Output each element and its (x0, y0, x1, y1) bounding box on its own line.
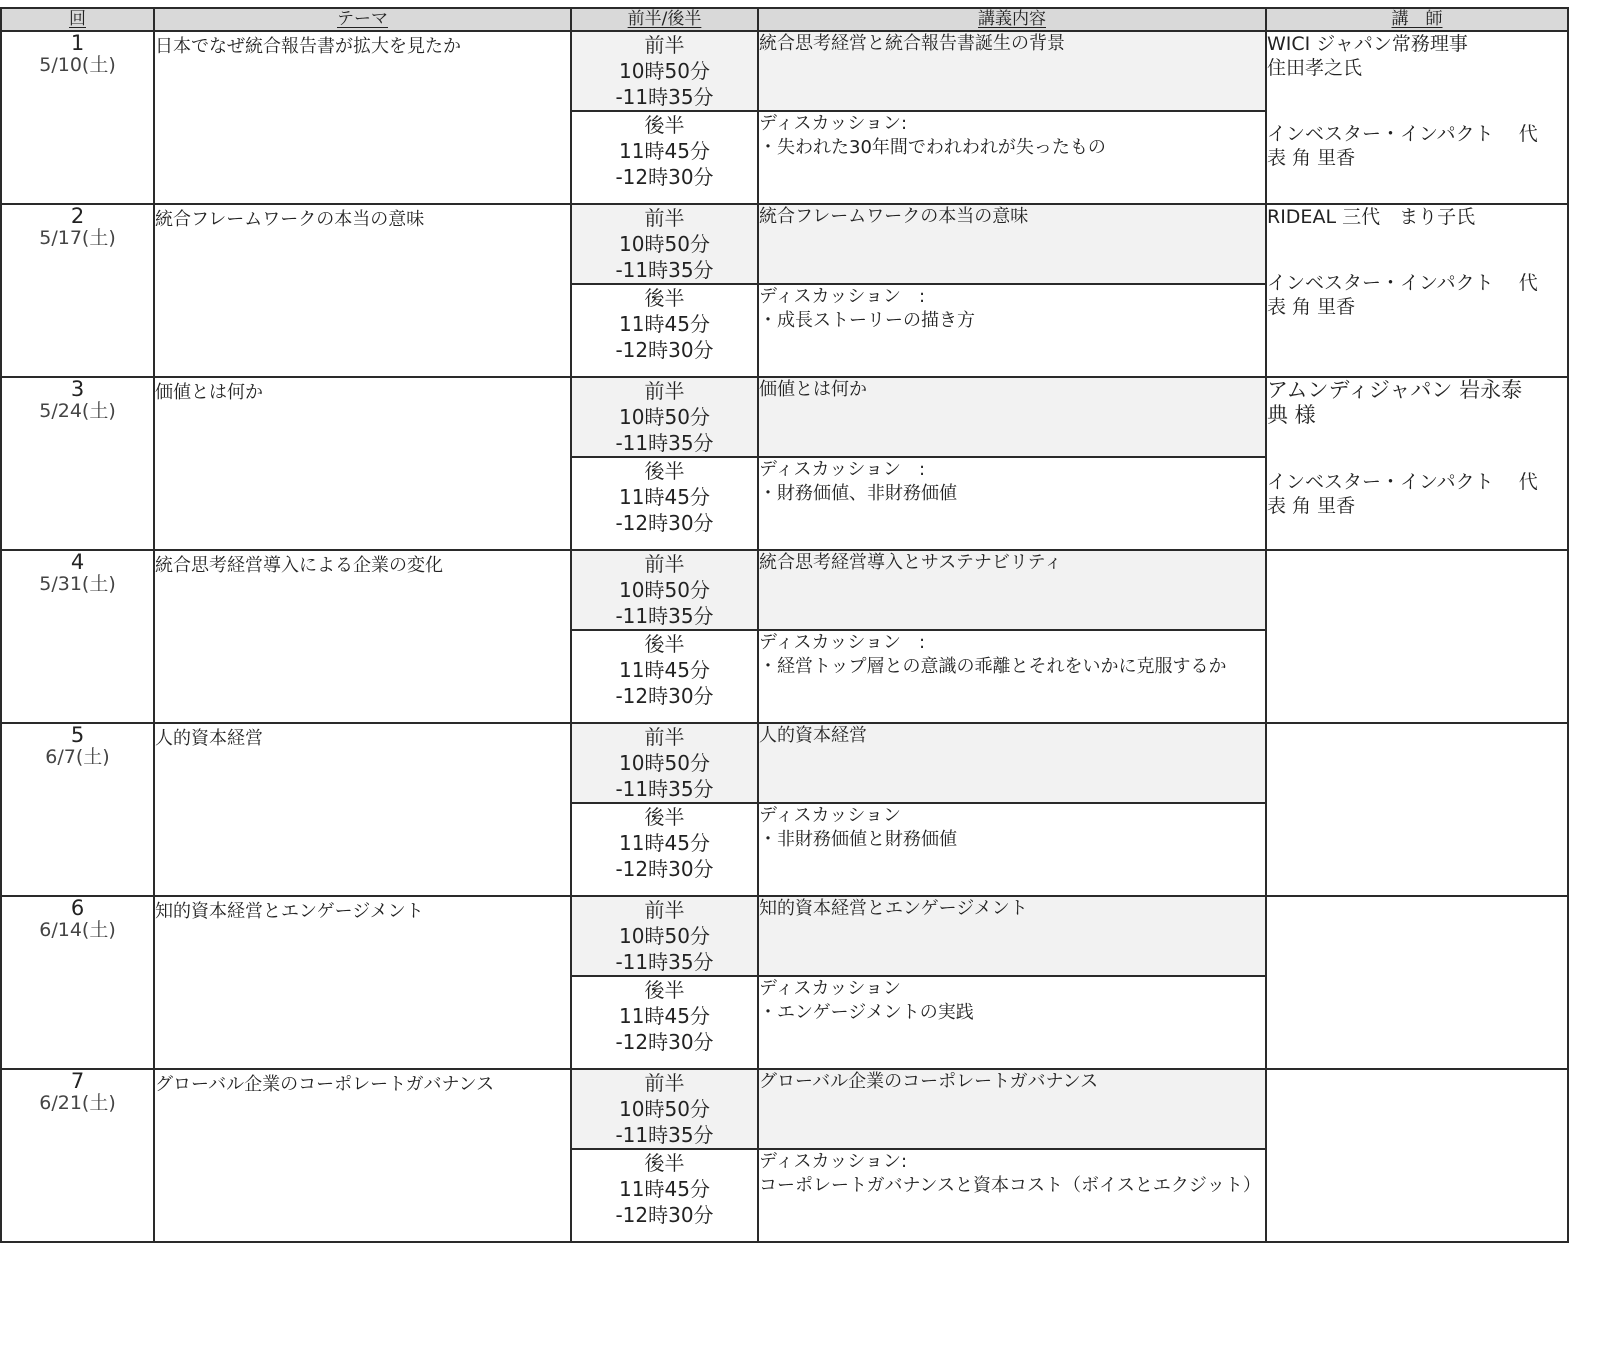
content-line: ・財務価値、非財務価値 (759, 482, 1265, 506)
end-time: -11時35分 (572, 949, 757, 975)
content-line: ・非財務価値と財務価値 (759, 828, 1265, 852)
half-label: 前半 (572, 551, 757, 577)
second-half-time: 後半11時45分-12時30分 (571, 284, 758, 377)
half-label: 前半 (572, 205, 757, 231)
second-half-content: ディスカッション :・成長ストーリーの描き方 (758, 284, 1266, 377)
start-time: 11時45分 (572, 484, 757, 510)
session-number: 2 (2, 205, 153, 227)
lecturer-gap (1267, 229, 1567, 271)
session-date: 5/31(土) (2, 573, 153, 595)
first-half-content: 統合フレームワークの本当の意味 (758, 204, 1266, 284)
first-half-content: 人的資本経営 (758, 723, 1266, 803)
header-half: 前半/後半 (571, 8, 758, 31)
session-row-first-half: 15/10(土)日本でなぜ統合報告書が拡大を見たか前半10時50分-11時35分… (1, 31, 1568, 111)
start-time: 10時50分 (572, 750, 757, 776)
end-time: -12時30分 (572, 510, 757, 536)
session-row-first-half: 45/31(土)統合思考経営導入による企業の変化前半10時50分-11時35分統… (1, 550, 1568, 630)
session-number: 4 (2, 551, 153, 573)
second-half-time: 後半11時45分-12時30分 (571, 803, 758, 896)
session-row-first-half: 56/7(土)人的資本経営前半10時50分-11時35分人的資本経営 (1, 723, 1568, 803)
half-label: 前半 (572, 1070, 757, 1096)
content-line: 人的資本経営 (759, 724, 1265, 748)
first-half-time: 前半10時50分-11時35分 (571, 550, 758, 630)
lecturer-cell (1266, 896, 1568, 1069)
start-time: 11時45分 (572, 830, 757, 856)
start-time: 11時45分 (572, 1003, 757, 1029)
second-half-content: ディスカッション・非財務価値と財務価値 (758, 803, 1266, 896)
content-line: ・成長ストーリーの描き方 (759, 309, 1265, 333)
end-time: -12時30分 (572, 1202, 757, 1228)
second-half-time: 後半11時45分-12時30分 (571, 976, 758, 1069)
session-date: 6/7(土) (2, 746, 153, 768)
half-label: 後半 (572, 631, 757, 657)
end-time: -12時30分 (572, 164, 757, 190)
session-theme: グローバル企業のコーポレートガバナンス (154, 1069, 571, 1242)
first-half-time: 前半10時50分-11時35分 (571, 896, 758, 976)
lecturer-cell: アムンディジャパン 岩永泰 典 様インベスター・インパクト 代 表 角 里香 (1266, 377, 1568, 550)
content-line: 統合思考経営導入とサステナビリティ (759, 551, 1265, 575)
half-label: 前半 (572, 897, 757, 923)
start-time: 10時50分 (572, 404, 757, 430)
lecturer-cell (1266, 550, 1568, 723)
half-label: 前半 (572, 378, 757, 404)
start-time: 10時50分 (572, 58, 757, 84)
session-number-cell: 25/17(土) (1, 204, 154, 377)
session-number: 3 (2, 378, 153, 400)
schedule-table: 回 テーマ 前半/後半 講義内容 講 師 15/10(土)日本でなぜ統合報告書が… (0, 7, 1569, 1243)
content-line: ディスカッション : (759, 631, 1265, 655)
end-time: -11時35分 (572, 430, 757, 456)
first-half-content: グローバル企業のコーポレートガバナンス (758, 1069, 1266, 1149)
half-label: 後半 (572, 977, 757, 1003)
session-date: 5/10(土) (2, 54, 153, 76)
end-time: -12時30分 (572, 337, 757, 363)
second-half-content: ディスカッション:・失われた30年間でわれわれが失ったもの (758, 111, 1266, 204)
start-time: 11時45分 (572, 311, 757, 337)
session-row-first-half: 66/14(土)知的資本経営とエンゲージメント前半10時50分-11時35分知的… (1, 896, 1568, 976)
content-line: ・経営トップ層との意識の乖離とそれをいかに克服するか (759, 655, 1265, 679)
session-number-cell: 56/7(土) (1, 723, 154, 896)
content-line: 統合フレームワークの本当の意味 (759, 205, 1265, 229)
half-label: 前半 (572, 724, 757, 750)
second-half-time: 後半11時45分-12時30分 (571, 457, 758, 550)
content-line: 知的資本経営とエンゲージメント (759, 897, 1265, 921)
lecturer-name: インベスター・インパクト 代 表 角 里香 (1267, 470, 1567, 518)
session-theme: 統合思考経営導入による企業の変化 (154, 550, 571, 723)
content-line: ・失われた30年間でわれわれが失ったもの (759, 136, 1265, 160)
header-theme: テーマ (154, 8, 571, 31)
first-half-content: 価値とは何か (758, 377, 1266, 457)
half-label: 後半 (572, 112, 757, 138)
header-number: 回 (1, 8, 154, 31)
end-time: -12時30分 (572, 683, 757, 709)
session-theme: 人的資本経営 (154, 723, 571, 896)
session-number-cell: 66/14(土) (1, 896, 154, 1069)
session-number: 7 (2, 1070, 153, 1092)
start-time: 10時50分 (572, 577, 757, 603)
content-line: 統合思考経営と統合報告書誕生の背景 (759, 32, 1265, 56)
end-time: -11時35分 (572, 257, 757, 283)
content-line: 価値とは何か (759, 378, 1265, 402)
session-number-cell: 76/21(土) (1, 1069, 154, 1242)
session-number-cell: 45/31(土) (1, 550, 154, 723)
content-line: ディスカッション (759, 804, 1265, 828)
start-time: 11時45分 (572, 657, 757, 683)
first-half-time: 前半10時50分-11時35分 (571, 1069, 758, 1149)
end-time: -11時35分 (572, 603, 757, 629)
end-time: -12時30分 (572, 1029, 757, 1055)
session-theme: 価値とは何か (154, 377, 571, 550)
lecturer-gap (1267, 80, 1567, 122)
first-half-time: 前半10時50分-11時35分 (571, 723, 758, 803)
session-row-first-half: 25/17(土)統合フレームワークの本当の意味前半10時50分-11時35分統合… (1, 204, 1568, 284)
first-half-content: 統合思考経営と統合報告書誕生の背景 (758, 31, 1266, 111)
lecturer-name: RIDEAL 三代 まり子氏 (1267, 205, 1567, 229)
content-line: ディスカッション : (759, 285, 1265, 309)
first-half-time: 前半10時50分-11時35分 (571, 377, 758, 457)
second-half-time: 後半11時45分-12時30分 (571, 111, 758, 204)
header-row: 回 テーマ 前半/後半 講義内容 講 師 (1, 8, 1568, 31)
content-line: ディスカッション (759, 977, 1265, 1001)
start-time: 10時50分 (572, 1096, 757, 1122)
second-half-content: ディスカッション・エンゲージメントの実践 (758, 976, 1266, 1069)
lecturer-name: WICI ジャパン常務理事 住田孝之氏 (1267, 32, 1567, 80)
session-theme: 統合フレームワークの本当の意味 (154, 204, 571, 377)
session-row-first-half: 76/21(土)グローバル企業のコーポレートガバナンス前半10時50分-11時3… (1, 1069, 1568, 1149)
session-date: 5/17(土) (2, 227, 153, 249)
content-line: グローバル企業のコーポレートガバナンス (759, 1070, 1265, 1094)
session-number: 5 (2, 724, 153, 746)
end-time: -11時35分 (572, 776, 757, 802)
first-half-time: 前半10時50分-11時35分 (571, 204, 758, 284)
start-time: 10時50分 (572, 923, 757, 949)
session-date: 6/14(土) (2, 919, 153, 941)
first-half-content: 統合思考経営導入とサステナビリティ (758, 550, 1266, 630)
second-half-content: ディスカッション:コーポレートガバナンスと資本コスト（ボイスとエクジット） (758, 1149, 1266, 1242)
lecturer-cell (1266, 723, 1568, 896)
start-time: 11時45分 (572, 138, 757, 164)
header-lecturer: 講 師 (1266, 8, 1568, 31)
end-time: -11時35分 (572, 1122, 757, 1148)
lecturer-cell (1266, 1069, 1568, 1242)
lecturer-name: インベスター・インパクト 代 表 角 里香 (1267, 271, 1567, 319)
lecturer-gap (1267, 428, 1567, 470)
second-half-content: ディスカッション :・財務価値、非財務価値 (758, 457, 1266, 550)
lecturer-name: インベスター・インパクト 代 表 角 里香 (1267, 122, 1567, 170)
lecturer-cell: WICI ジャパン常務理事 住田孝之氏インベスター・インパクト 代 表 角 里香 (1266, 31, 1568, 204)
first-half-time: 前半10時50分-11時35分 (571, 31, 758, 111)
half-label: 後半 (572, 1150, 757, 1176)
content-line: ディスカッション : (759, 458, 1265, 482)
session-number-cell: 15/10(土) (1, 31, 154, 204)
second-half-time: 後半11時45分-12時30分 (571, 630, 758, 723)
session-date: 6/21(土) (2, 1092, 153, 1114)
header-content: 講義内容 (758, 8, 1266, 31)
content-line: ディスカッション: (759, 112, 1265, 136)
half-label: 後半 (572, 458, 757, 484)
half-label: 後半 (572, 285, 757, 311)
second-half-time: 後半11時45分-12時30分 (571, 1149, 758, 1242)
half-label: 前半 (572, 32, 757, 58)
content-line: コーポレートガバナンスと資本コスト（ボイスとエクジット） (759, 1174, 1265, 1198)
first-half-content: 知的資本経営とエンゲージメント (758, 896, 1266, 976)
lecturer-name: アムンディジャパン 岩永泰 典 様 (1267, 378, 1567, 428)
start-time: 10時50分 (572, 231, 757, 257)
session-theme: 知的資本経営とエンゲージメント (154, 896, 571, 1069)
session-row-first-half: 35/24(土)価値とは何か前半10時50分-11時35分価値とは何かアムンディ… (1, 377, 1568, 457)
end-time: -11時35分 (572, 84, 757, 110)
lecturer-cell: RIDEAL 三代 まり子氏インベスター・インパクト 代 表 角 里香 (1266, 204, 1568, 377)
end-time: -12時30分 (572, 856, 757, 882)
session-theme: 日本でなぜ統合報告書が拡大を見たか (154, 31, 571, 204)
start-time: 11時45分 (572, 1176, 757, 1202)
half-label: 後半 (572, 804, 757, 830)
content-line: ディスカッション: (759, 1150, 1265, 1174)
content-line: ・エンゲージメントの実践 (759, 1001, 1265, 1025)
second-half-content: ディスカッション :・経営トップ層との意識の乖離とそれをいかに克服するか (758, 630, 1266, 723)
session-date: 5/24(土) (2, 400, 153, 422)
session-number: 6 (2, 897, 153, 919)
session-number: 1 (2, 32, 153, 54)
session-number-cell: 35/24(土) (1, 377, 154, 550)
